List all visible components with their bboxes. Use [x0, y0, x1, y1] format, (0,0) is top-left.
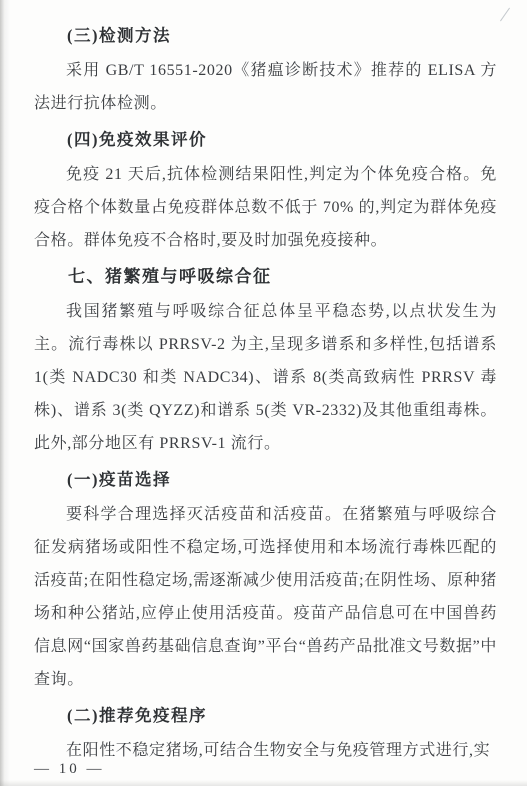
scan-artifact-line: [500, 8, 510, 22]
page-number: — 10 —: [34, 760, 105, 778]
document-page: (三)检测方法 采用 GB/T 16551-2020《猪瘟诊断技术》推荐的 EL…: [0, 0, 527, 786]
paragraph-detection-method: 采用 GB/T 16551-2020《猪瘟诊断技术》推荐的 ELISA 方法进行…: [34, 54, 497, 120]
section-heading-detection-method: (三)检测方法: [34, 19, 497, 52]
scan-edge-shadow-left: [0, 0, 10, 786]
paragraph-immune-effect-evaluation: 免疫 21 天后,抗体检测结果阳性,判定为个体免疫合格。免疫合格个体数量占免疫群…: [34, 158, 497, 257]
paragraph-prrs-overview: 我国猪繁殖与呼吸综合征总体呈平稳态势,以点状发生为主。流行毒株以 PRRSV-2…: [34, 295, 497, 460]
scan-edge-shadow-bottom: [0, 780, 527, 786]
paragraph-vaccine-selection: 要科学合理选择灭活疫苗和活疫苗。在猪繁殖与呼吸综合征发病猪场或阳性不稳定场,可选…: [34, 498, 497, 696]
section-heading-vaccine-selection: (一)疫苗选择: [34, 463, 497, 496]
section-heading-immune-effect-evaluation: (四)免疫效果评价: [34, 123, 497, 156]
scanned-document-screenshot: { "page": { "background_color": "#fdfdfc…: [0, 0, 527, 786]
section-heading-recommended-immunization-program: (二)推荐免疫程序: [34, 699, 497, 732]
chapter-heading-prrs: 七、猪繁殖与呼吸综合征: [34, 260, 497, 293]
